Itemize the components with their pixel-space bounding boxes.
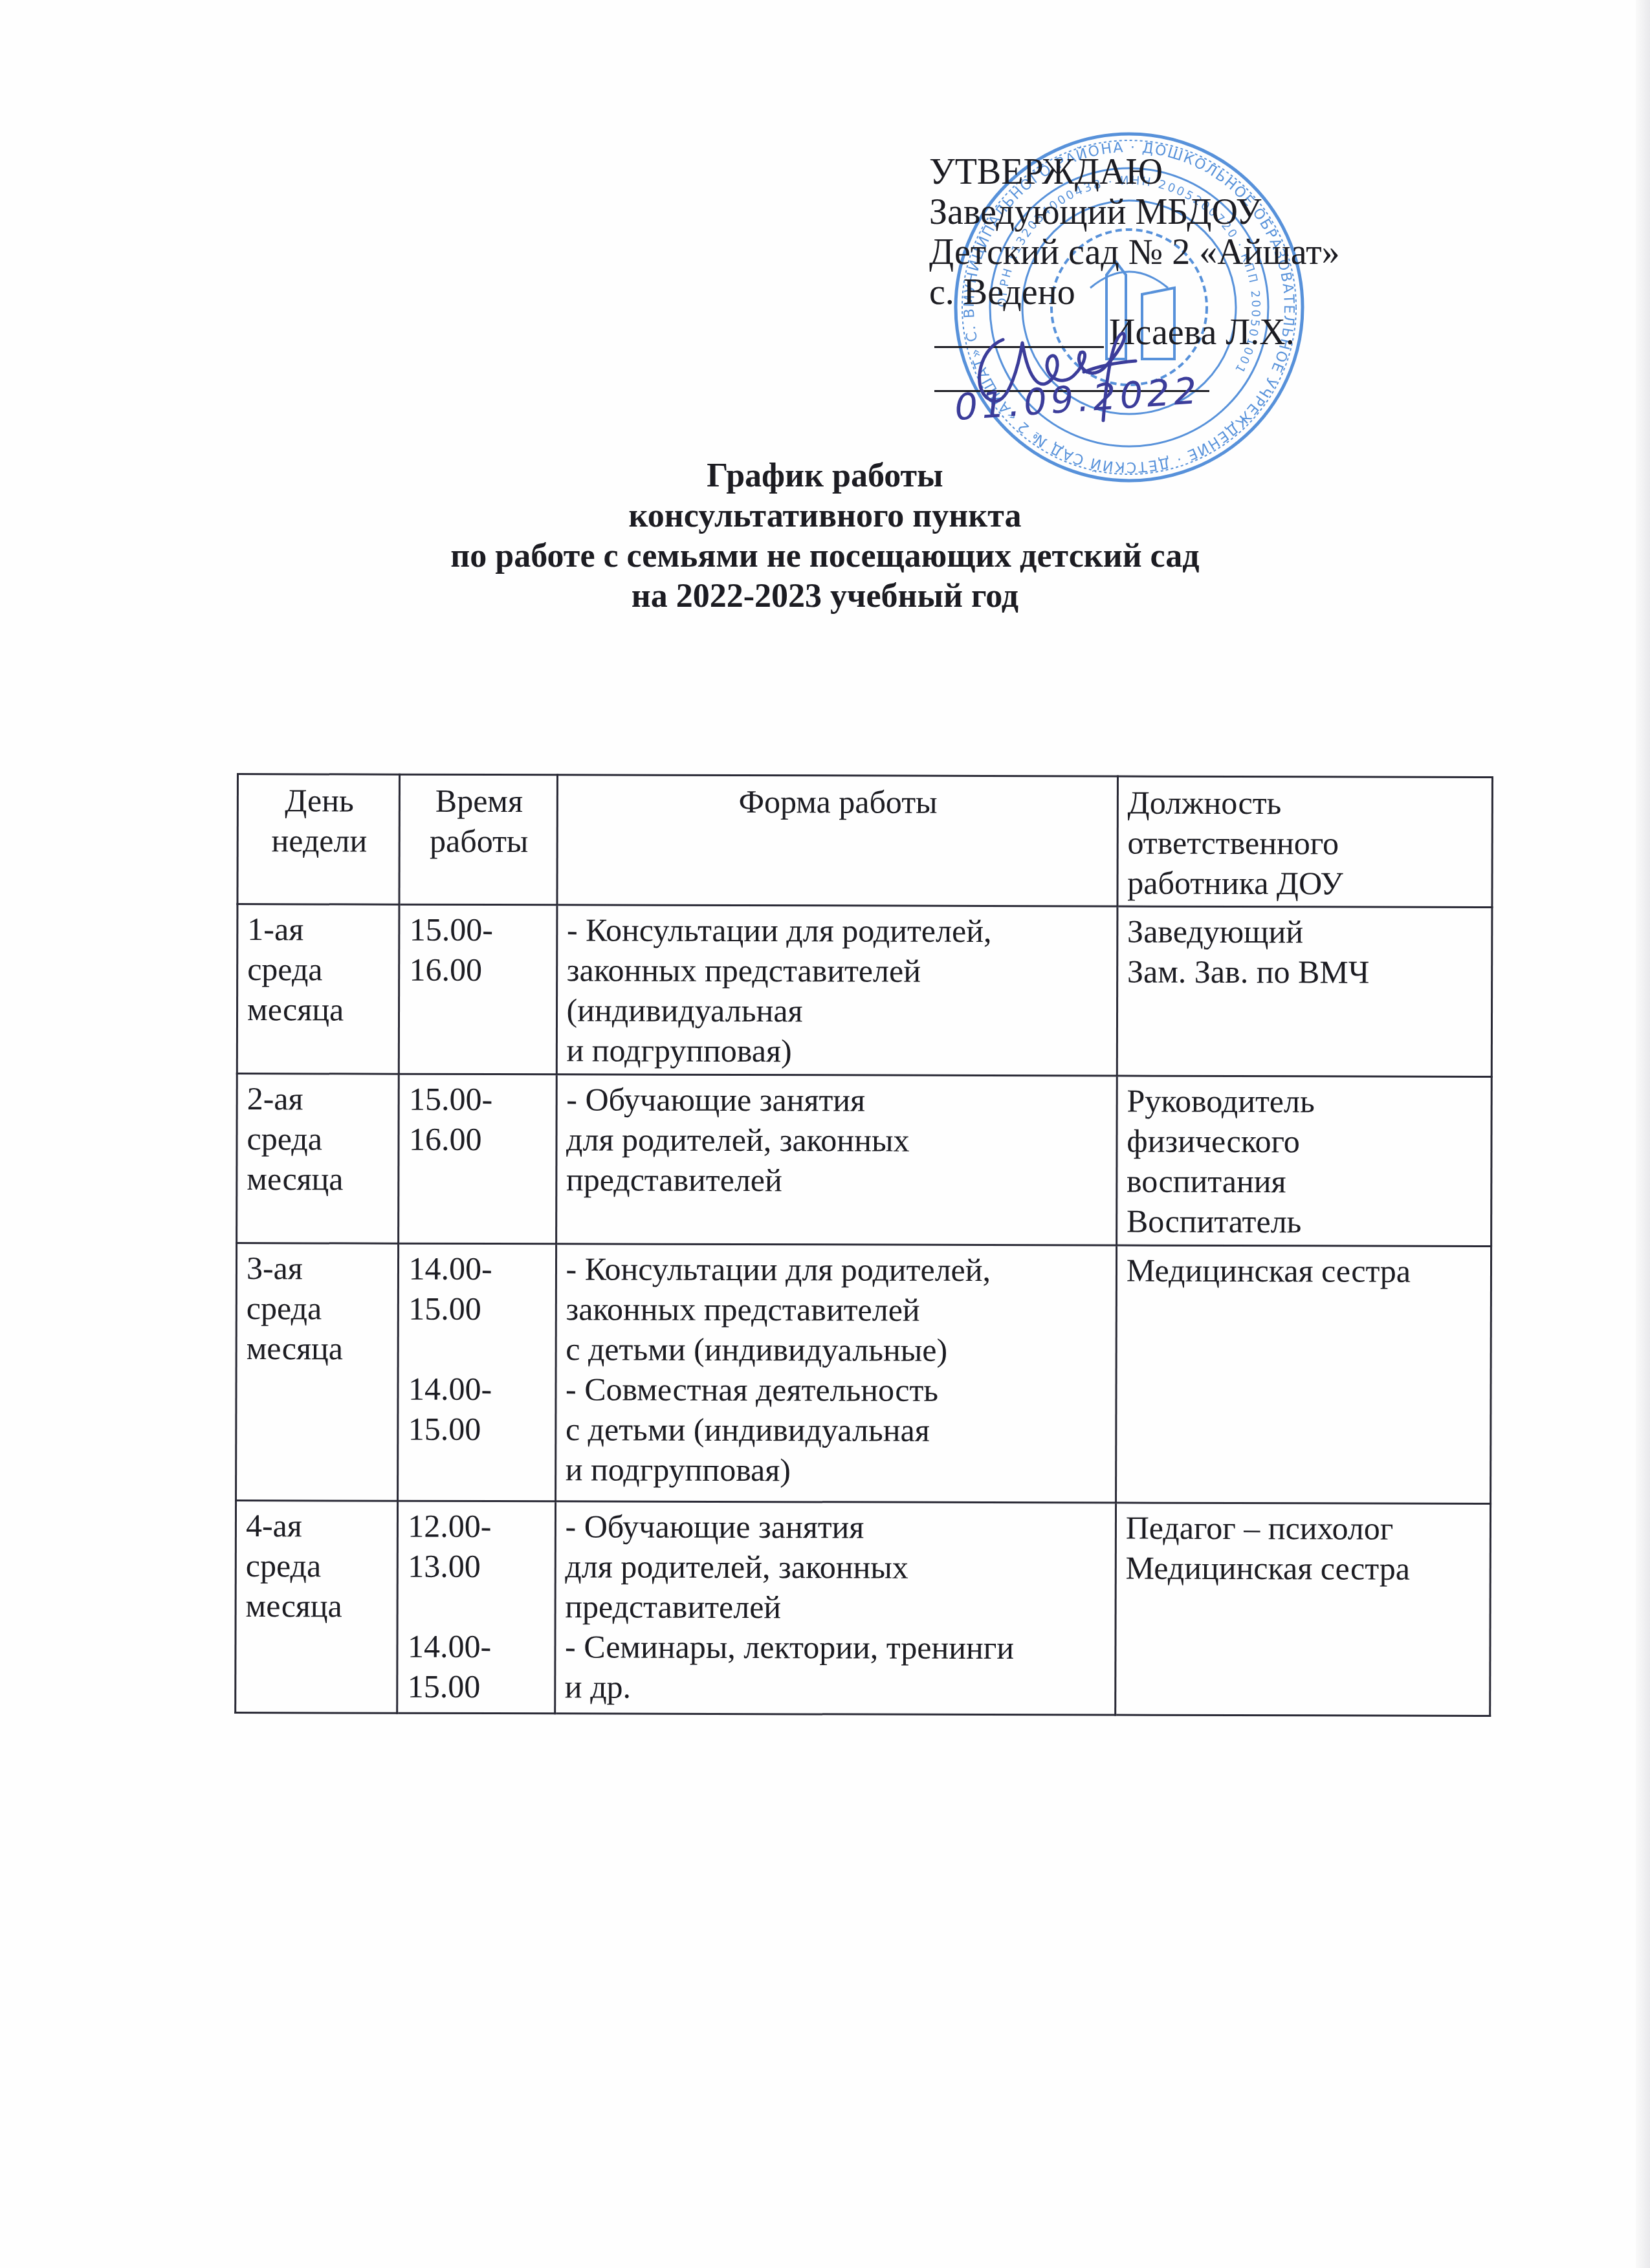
- approval-organization: Детский сад № 2 «Айшат»: [929, 232, 1340, 272]
- cell-form: - Консультации для родителей,законных пр…: [556, 905, 1117, 1076]
- approval-position: Заведующий МБДОУ: [929, 192, 1340, 232]
- cell-text: Руководитель: [1127, 1081, 1482, 1122]
- cell-text: Время: [410, 781, 548, 822]
- cell-text: работы: [410, 821, 548, 862]
- cell-text: 14.00-: [408, 1248, 547, 1289]
- cell-text: Должность: [1128, 783, 1484, 823]
- cell-text: среда: [246, 1545, 390, 1586]
- cell-text: Педагог – психолог: [1126, 1508, 1482, 1549]
- cell-text: Медицинская сестра: [1125, 1548, 1481, 1589]
- cell-text: и др.: [565, 1666, 1106, 1708]
- approval-location: с. Ведено: [929, 272, 1340, 312]
- cell-text: месяца: [246, 1586, 390, 1626]
- cell-text: среда: [247, 949, 391, 990]
- header-day: Деньнедели: [237, 774, 400, 905]
- cell-text: 14.00-: [408, 1626, 546, 1667]
- cell-text: 3-ая: [247, 1248, 390, 1289]
- cell-text: Воспитатель: [1127, 1201, 1482, 1242]
- cell-text: представителей: [565, 1586, 1106, 1628]
- cell-time: 12.00-13.0014.00-15.00: [397, 1501, 555, 1714]
- approval-heading: УТВЕРЖДАЮ: [929, 152, 1340, 192]
- cell-text: Форма работы: [567, 781, 1108, 822]
- cell-text: законных представителей: [567, 950, 1108, 991]
- cell-form: - Обучающие занятиядля родителей, законн…: [556, 1074, 1117, 1245]
- cell-text: законных представителей: [566, 1289, 1107, 1330]
- cell-text: Заведующий: [1127, 911, 1483, 952]
- cell-text: 14.00-: [408, 1369, 547, 1410]
- title-line-4: на 2022-2023 учебный год: [0, 576, 1650, 616]
- cell-text: - Обучающие занятия: [566, 1079, 1108, 1120]
- cell-text: 15.00-: [409, 1079, 547, 1120]
- table-row: 2-аясредамесяца 15.00-16.00 - Обучающие …: [237, 1074, 1492, 1247]
- cell-text: для родителей, законных: [566, 1119, 1108, 1161]
- cell-form: - Консультации для родителей,законных пр…: [555, 1244, 1116, 1503]
- cell-time: 14.00-15.0014.00-15.00: [398, 1243, 556, 1501]
- cell-text: и подгрупповая): [566, 1030, 1108, 1071]
- cell-text: - Совместная деятельность: [566, 1369, 1107, 1410]
- cell-text: месяца: [247, 989, 391, 1030]
- cell-text: среда: [247, 1288, 390, 1329]
- cell-text: представителей: [566, 1159, 1108, 1201]
- cell-text: (индивидуальная: [567, 990, 1108, 1031]
- table-header-row: Деньнедели Времяработы Форма работы Долж…: [237, 774, 1493, 908]
- cell-responsible: Медицинская сестра: [1116, 1245, 1491, 1504]
- cell-text: воспитания: [1127, 1161, 1482, 1202]
- header-form: Форма работы: [557, 775, 1118, 906]
- header-responsible: Должностьответственногоработника ДОУ: [1117, 776, 1493, 908]
- cell-text: 4-ая: [246, 1505, 390, 1546]
- cell-text: и подгрупповая): [566, 1449, 1107, 1490]
- cell-text: недели: [248, 820, 391, 861]
- title-line-3: по работе с семьями не посещающих детски…: [0, 536, 1650, 576]
- cell-text: с детьми (индивидуальные): [566, 1329, 1107, 1370]
- cell-text: 16.00: [409, 1119, 547, 1160]
- cell-text: 12.00-: [408, 1506, 546, 1547]
- cell-text: Зам. Зав. по ВМЧ: [1127, 952, 1483, 992]
- header-time: Времяработы: [399, 774, 557, 905]
- cell-day: 4-аясредамесяца: [236, 1501, 398, 1714]
- cell-text: 15.00: [408, 1409, 547, 1450]
- cell-text: - Обучающие занятия: [565, 1506, 1106, 1547]
- cell-text: 15.00-: [410, 910, 548, 950]
- cell-text: месяца: [247, 1159, 390, 1199]
- document-title: График работы консультативного пункта по…: [0, 456, 1650, 616]
- cell-text: - Консультации для родителей,: [566, 1248, 1108, 1290]
- cell-text: месяца: [247, 1328, 390, 1369]
- cell-text: День: [248, 780, 391, 821]
- table-row: 1-аясредамесяца 15.00-16.00 - Консультац…: [237, 904, 1492, 1077]
- cell-responsible: РуководительфизическоговоспитанияВоспита…: [1116, 1076, 1491, 1247]
- schedule-table: Деньнедели Времяработы Форма работы Долж…: [234, 773, 1493, 1717]
- cell-text: 2-ая: [247, 1078, 391, 1119]
- scan-edge-shadow: [1636, 0, 1650, 2268]
- cell-responsible: Педагог – психологМедицинская сестра: [1115, 1503, 1490, 1716]
- cell-text: физического: [1127, 1121, 1482, 1162]
- cell-text: ответственного: [1127, 823, 1483, 864]
- cell-time: 15.00-16.00: [399, 904, 557, 1074]
- cell-text: среда: [247, 1118, 390, 1159]
- cell-form: - Обучающие занятиядля родителей, законн…: [555, 1501, 1116, 1715]
- cell-text: 15.00: [408, 1666, 546, 1707]
- cell-text: Медицинская сестра: [1127, 1250, 1482, 1291]
- table-row: 3-аясредамесяца 14.00-15.0014.00-15.00 -…: [236, 1243, 1491, 1504]
- table-row: 4-аясредамесяца 12.00-13.0014.00-15.00 -…: [236, 1501, 1491, 1716]
- cell-day: 2-аясредамесяца: [237, 1074, 399, 1244]
- cell-text: - Семинары, лектории, тренинги: [565, 1626, 1106, 1668]
- cell-text: 1-ая: [247, 909, 391, 950]
- cell-time: 15.00-16.00: [399, 1074, 556, 1244]
- title-line-1: График работы: [0, 456, 1650, 496]
- cell-text: 16.00: [410, 950, 548, 990]
- cell-day: 3-аясредамесяца: [236, 1243, 399, 1501]
- cell-text: 15.00: [408, 1289, 547, 1329]
- title-line-2: консультативного пункта: [0, 496, 1650, 536]
- cell-day: 1-аясредамесяца: [237, 904, 399, 1074]
- cell-responsible: ЗаведующийЗам. Зав. по ВМЧ: [1117, 906, 1492, 1077]
- cell-text: - Консультации для родителей,: [567, 910, 1108, 951]
- cell-text: 13.00: [408, 1546, 546, 1587]
- cell-text: для родителей, законных: [565, 1546, 1106, 1587]
- cell-text: с детьми (индивидуальная: [566, 1409, 1107, 1450]
- cell-text: работника ДОУ: [1127, 863, 1483, 904]
- document-page: МУНИЦИПАЛЬНОГО РАЙОНА · ДОШКОЛЬНОЕ ОБРАЗ…: [0, 0, 1650, 2268]
